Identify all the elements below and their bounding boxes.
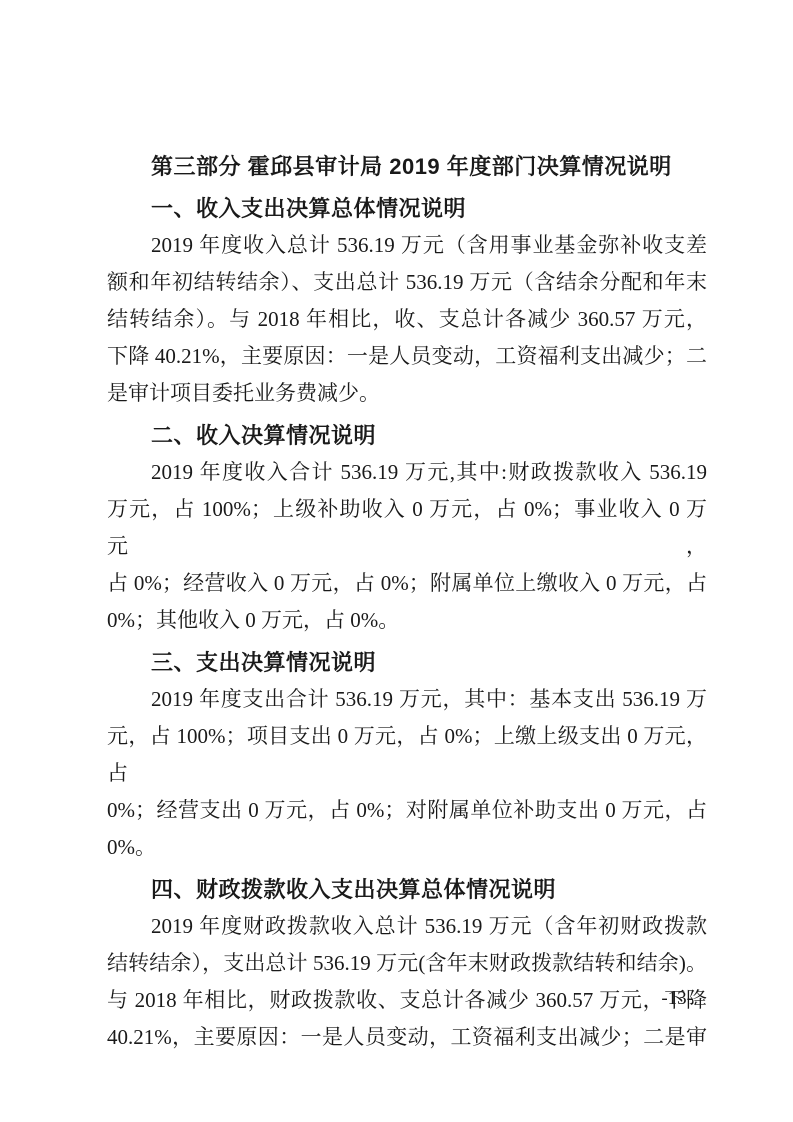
text-line: 与 2018 年相比，财政拨款收、支总计各减少 360.57 万元，下降	[107, 982, 707, 1019]
paragraph: 2019 年度支出合计 536.19 万元，其中：基本支出 536.19 万元，…	[107, 681, 707, 866]
text-line: 是审计项目委托业务费减少。	[107, 375, 707, 412]
paragraph: 2019 年度收入总计 536.19 万元（含用事业基金弥补收支差额和年初结转结…	[107, 227, 707, 412]
text-line: 0%；其他收入 0 万元，占 0%。	[107, 602, 707, 639]
section-heading: 二、收入决算情况说明	[107, 417, 707, 454]
text-line: 0%；经营支出 0 万元，占 0%；对附属单位补助支出 0 万元，占	[107, 792, 707, 829]
text-line: 额和年初结转结余）、支出总计 536.19 万元（含结余分配和年末	[107, 264, 707, 301]
section-heading: 三、支出决算情况说明	[107, 644, 707, 681]
page-number: -13-	[661, 986, 693, 1012]
text-line: 0%。	[107, 829, 707, 866]
document-page: 第三部分 霍邱县审计局 2019 年度部门决算情况说明 一、收入支出决算总体情况…	[0, 0, 793, 1122]
document-body: 第三部分 霍邱县审计局 2019 年度部门决算情况说明 一、收入支出决算总体情况…	[107, 148, 707, 1056]
section-heading: 一、收入支出决算总体情况说明	[107, 190, 707, 227]
paragraph: 2019 年度财政拨款收入总计 536.19 万元（含年初财政拨款结转结余），支…	[107, 908, 707, 1056]
text-line: 结转结余）。与 2018 年相比，收、支总计各减少 360.57 万元，	[107, 301, 707, 338]
text-line: 40.21%，主要原因：一是人员变动，工资福利支出减少；二是审	[107, 1019, 707, 1056]
text-line: 2019 年度支出合计 536.19 万元，其中：基本支出 536.19 万	[107, 681, 707, 718]
document-title: 第三部分 霍邱县审计局 2019 年度部门决算情况说明	[107, 148, 707, 185]
paragraph: 2019 年度收入合计 536.19 万元,其中:财政拨款收入 536.19万元…	[107, 454, 707, 639]
section-heading: 四、财政拨款收入支出决算总体情况说明	[107, 871, 707, 908]
text-line: 万元，占 100%；上级补助收入 0 万元，占 0%；事业收入 0 万元，	[107, 491, 707, 565]
text-line: 结转结余），支出总计 536.19 万元(含年末财政拨款结转和结余)。	[107, 945, 707, 982]
text-line: 2019 年度收入总计 536.19 万元（含用事业基金弥补收支差	[107, 227, 707, 264]
text-line: 占 0%；经营收入 0 万元，占 0%；附属单位上缴收入 0 万元，占	[107, 565, 707, 602]
text-line: 元，占 100%；项目支出 0 万元，占 0%；上缴上级支出 0 万元，占	[107, 718, 707, 792]
text-line: 2019 年度收入合计 536.19 万元,其中:财政拨款收入 536.19	[107, 454, 707, 491]
text-line: 下降 40.21%，主要原因：一是人员变动，工资福利支出减少；二	[107, 338, 707, 375]
document-sections: 一、收入支出决算总体情况说明2019 年度收入总计 536.19 万元（含用事业…	[107, 190, 707, 1056]
text-line: 2019 年度财政拨款收入总计 536.19 万元（含年初财政拨款	[107, 908, 707, 945]
